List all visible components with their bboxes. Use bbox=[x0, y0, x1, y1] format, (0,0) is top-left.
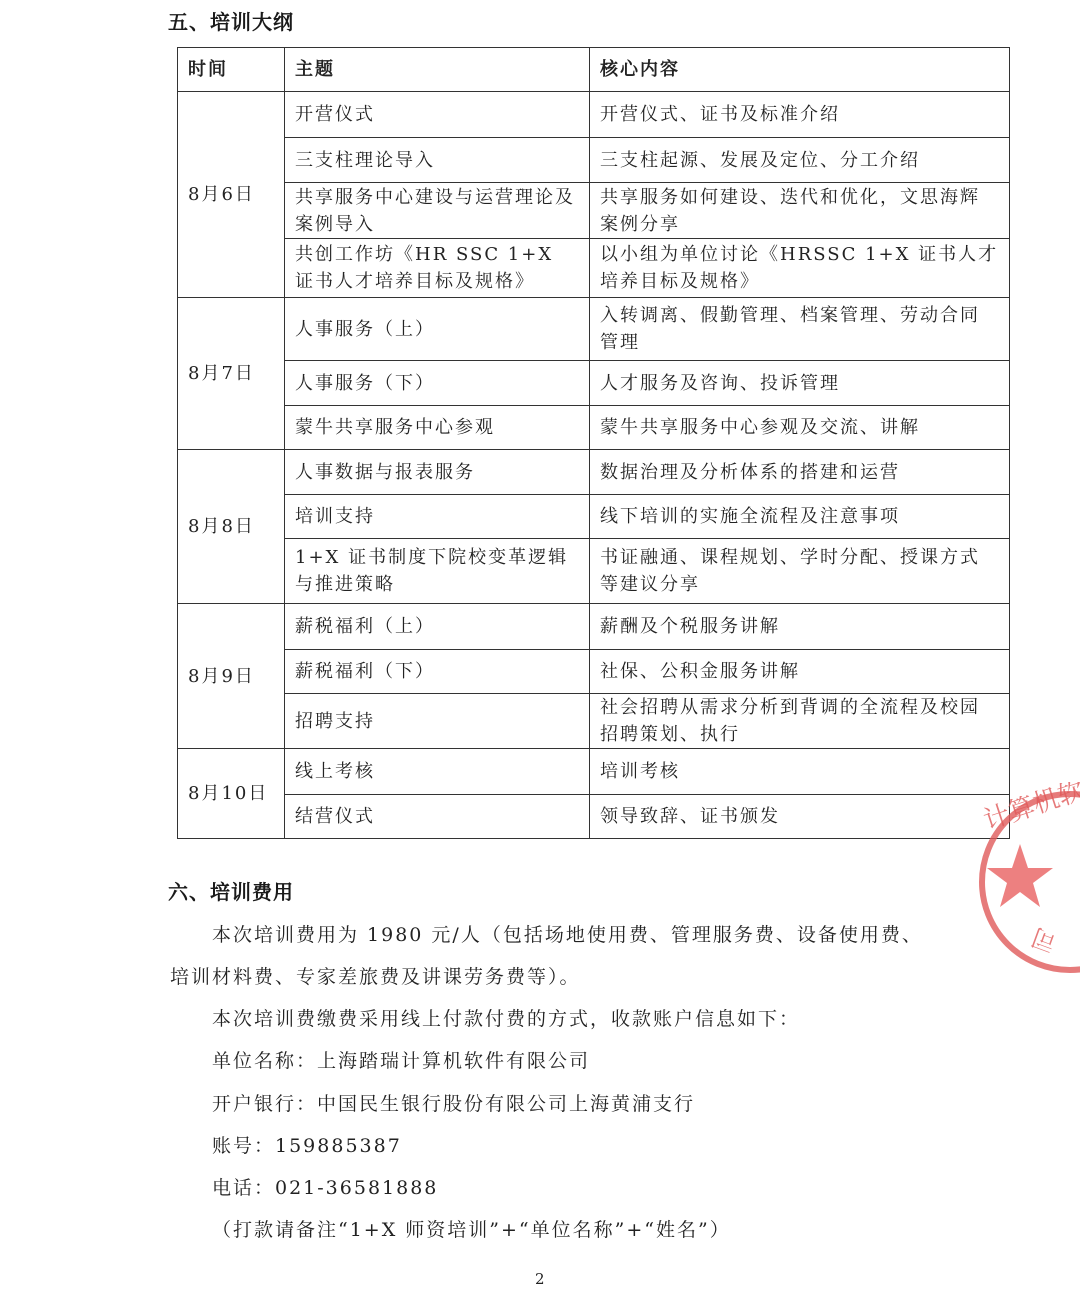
content-cell: 培训考核 bbox=[590, 749, 1010, 795]
topic-cell: 人事数据与报表服务 bbox=[285, 450, 590, 495]
fee-paragraph-line2: 培训材料费、专家差旅费及讲课劳务费等）。 bbox=[170, 962, 581, 989]
table-row: 人事服务（下） 人才服务及咨询、投诉管理 bbox=[178, 361, 1010, 406]
content-cell: 社保、公积金服务讲解 bbox=[590, 650, 1010, 694]
topic-cell: 共享服务中心建设与运营理论及案例导入 bbox=[285, 183, 590, 239]
table-row: 蒙牛共享服务中心参观 蒙牛共享服务中心参观及交流、讲解 bbox=[178, 406, 1010, 450]
content-cell: 领导致辞、证书颁发 bbox=[590, 795, 1010, 839]
content-cell: 数据治理及分析体系的搭建和运营 bbox=[590, 450, 1010, 495]
page-number: 2 bbox=[535, 1270, 545, 1288]
date-cell: 8月8日 bbox=[178, 450, 285, 604]
topic-cell: 招聘支持 bbox=[285, 694, 590, 749]
date-cell: 8月9日 bbox=[178, 604, 285, 749]
content-cell: 社会招聘从需求分析到背调的全流程及校园招聘策划、执行 bbox=[590, 694, 1010, 749]
section-5-title: 五、培训大纲 bbox=[168, 6, 294, 35]
content-cell: 蒙牛共享服务中心参观及交流、讲解 bbox=[590, 406, 1010, 450]
table-row: 共创工作坊《HR SSC 1+X 证书人才培养目标及规格》 以小组为单位讨论《H… bbox=[178, 239, 1010, 298]
topic-cell: 薪税福利（下） bbox=[285, 650, 590, 694]
topic-cell: 培训支持 bbox=[285, 495, 590, 539]
topic-cell: 人事服务（上） bbox=[285, 298, 590, 361]
topic-cell: 薪税福利（上） bbox=[285, 604, 590, 650]
content-cell: 入转调离、假勤管理、档案管理、劳动合同管理 bbox=[590, 298, 1010, 361]
table-row: 共享服务中心建设与运营理论及案例导入 共享服务如何建设、迭代和优化，文思海辉案例… bbox=[178, 183, 1010, 239]
account-number: 账号：159885387 bbox=[212, 1131, 402, 1158]
table-row: 8月8日 人事数据与报表服务 数据治理及分析体系的搭建和运营 bbox=[178, 450, 1010, 495]
content-cell: 人才服务及咨询、投诉管理 bbox=[590, 361, 1010, 406]
training-outline-table: 时间 主题 核心内容 8月6日 开营仪式 开营仪式、证书及标准介绍 三支柱理论导… bbox=[177, 47, 1010, 839]
content-cell: 开营仪式、证书及标准介绍 bbox=[590, 92, 1010, 138]
table-row: 薪税福利（下） 社保、公积金服务讲解 bbox=[178, 650, 1010, 694]
topic-cell: 人事服务（下） bbox=[285, 361, 590, 406]
content-cell: 线下培训的实施全流程及注意事项 bbox=[590, 495, 1010, 539]
table-row: 三支柱理论导入 三支柱起源、发展及定位、分工介绍 bbox=[178, 138, 1010, 183]
topic-cell: 共创工作坊《HR SSC 1+X 证书人才培养目标及规格》 bbox=[285, 239, 590, 298]
topic-cell: 开营仪式 bbox=[285, 92, 590, 138]
date-cell: 8月6日 bbox=[178, 92, 285, 298]
col-header-content: 核心内容 bbox=[590, 48, 1010, 92]
topic-cell: 蒙牛共享服务中心参观 bbox=[285, 406, 590, 450]
table-row: 结营仪式 领导致辞、证书颁发 bbox=[178, 795, 1010, 839]
svg-text:司: 司 bbox=[1028, 922, 1060, 957]
content-cell: 书证融通、课程规划、学时分配、授课方式等建议分享 bbox=[590, 539, 1010, 604]
content-cell: 三支柱起源、发展及定位、分工介绍 bbox=[590, 138, 1010, 183]
topic-cell: 结营仪式 bbox=[285, 795, 590, 839]
table-row: 培训支持 线下培训的实施全流程及注意事项 bbox=[178, 495, 1010, 539]
date-cell: 8月7日 bbox=[178, 298, 285, 450]
table-row: 招聘支持 社会招聘从需求分析到背调的全流程及校园招聘策划、执行 bbox=[178, 694, 1010, 749]
col-header-time: 时间 bbox=[178, 48, 285, 92]
section-6-title: 六、培训费用 bbox=[168, 876, 294, 905]
payment-note: （打款请备注“1+X 师资培训”+“单位名称”+“姓名”） bbox=[212, 1215, 731, 1242]
topic-cell: 三支柱理论导入 bbox=[285, 138, 590, 183]
col-header-topic: 主题 bbox=[285, 48, 590, 92]
payment-intro: 本次培训费缴费采用线上付款付费的方式，收款账户信息如下： bbox=[212, 1004, 800, 1031]
table-row: 8月10日 线上考核 培训考核 bbox=[178, 749, 1010, 795]
topic-cell: 线上考核 bbox=[285, 749, 590, 795]
table-row: 8月9日 薪税福利（上） 薪酬及个税服务讲解 bbox=[178, 604, 1010, 650]
phone-number: 电话：021-36581888 bbox=[212, 1173, 438, 1200]
content-cell: 共享服务如何建设、迭代和优化，文思海辉案例分享 bbox=[590, 183, 1010, 239]
date-cell: 8月10日 bbox=[178, 749, 285, 839]
topic-cell: 1+X 证书制度下院校变革逻辑与推进策略 bbox=[285, 539, 590, 604]
table-row: 1+X 证书制度下院校变革逻辑与推进策略 书证融通、课程规划、学时分配、授课方式… bbox=[178, 539, 1010, 604]
content-cell: 薪酬及个税服务讲解 bbox=[590, 604, 1010, 650]
table-row: 8月7日 人事服务（上） 入转调离、假勤管理、档案管理、劳动合同管理 bbox=[178, 298, 1010, 361]
content-cell: 以小组为单位讨论《HRSSC 1+X 证书人才培养目标及规格》 bbox=[590, 239, 1010, 298]
bank-name: 开户银行：中国民生银行股份有限公司上海黄浦支行 bbox=[212, 1089, 695, 1116]
table-row: 8月6日 开营仪式 开营仪式、证书及标准介绍 bbox=[178, 92, 1010, 138]
table-header-row: 时间 主题 核心内容 bbox=[178, 48, 1010, 92]
company-name: 单位名称：上海踏瑞计算机软件有限公司 bbox=[212, 1046, 590, 1073]
fee-paragraph-line1: 本次培训费用为 1980 元/人（包括场地使用费、管理服务费、设备使用费、 bbox=[212, 920, 923, 947]
